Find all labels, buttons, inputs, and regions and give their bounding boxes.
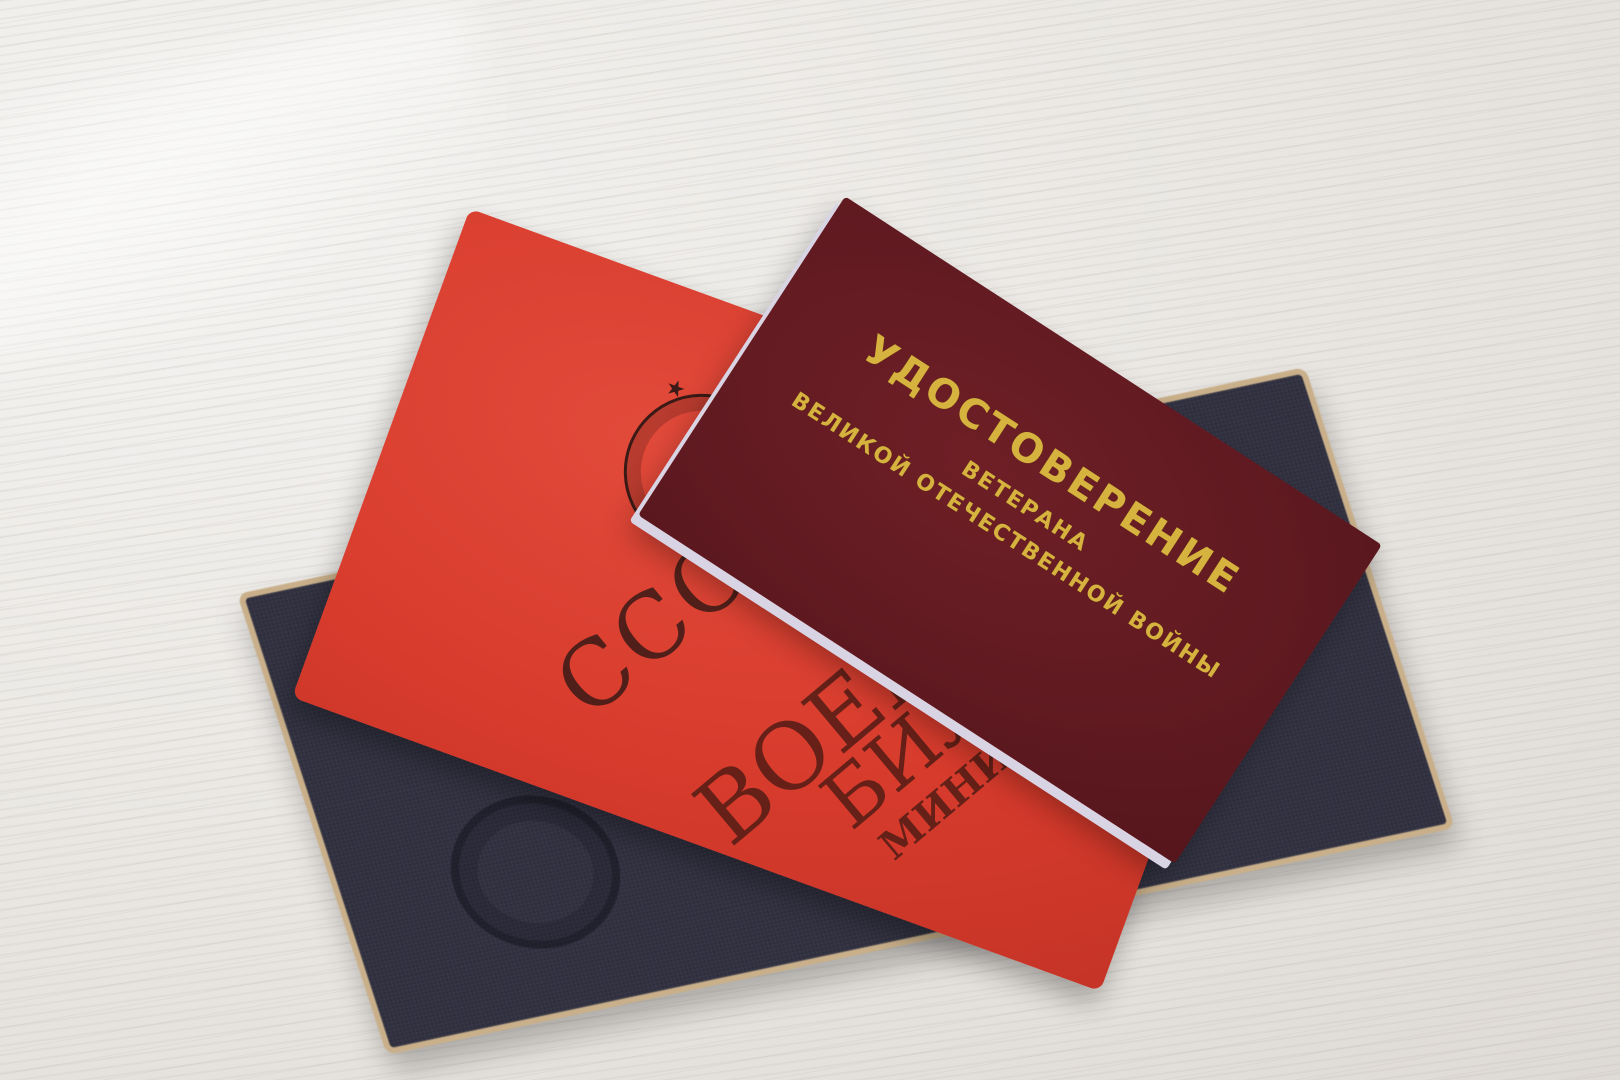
veteran-card-line-2: ВЕТЕРАНА	[750, 322, 1300, 692]
veteran-card-title: УДОСТОВЕРЕНИЕ	[771, 272, 1333, 659]
